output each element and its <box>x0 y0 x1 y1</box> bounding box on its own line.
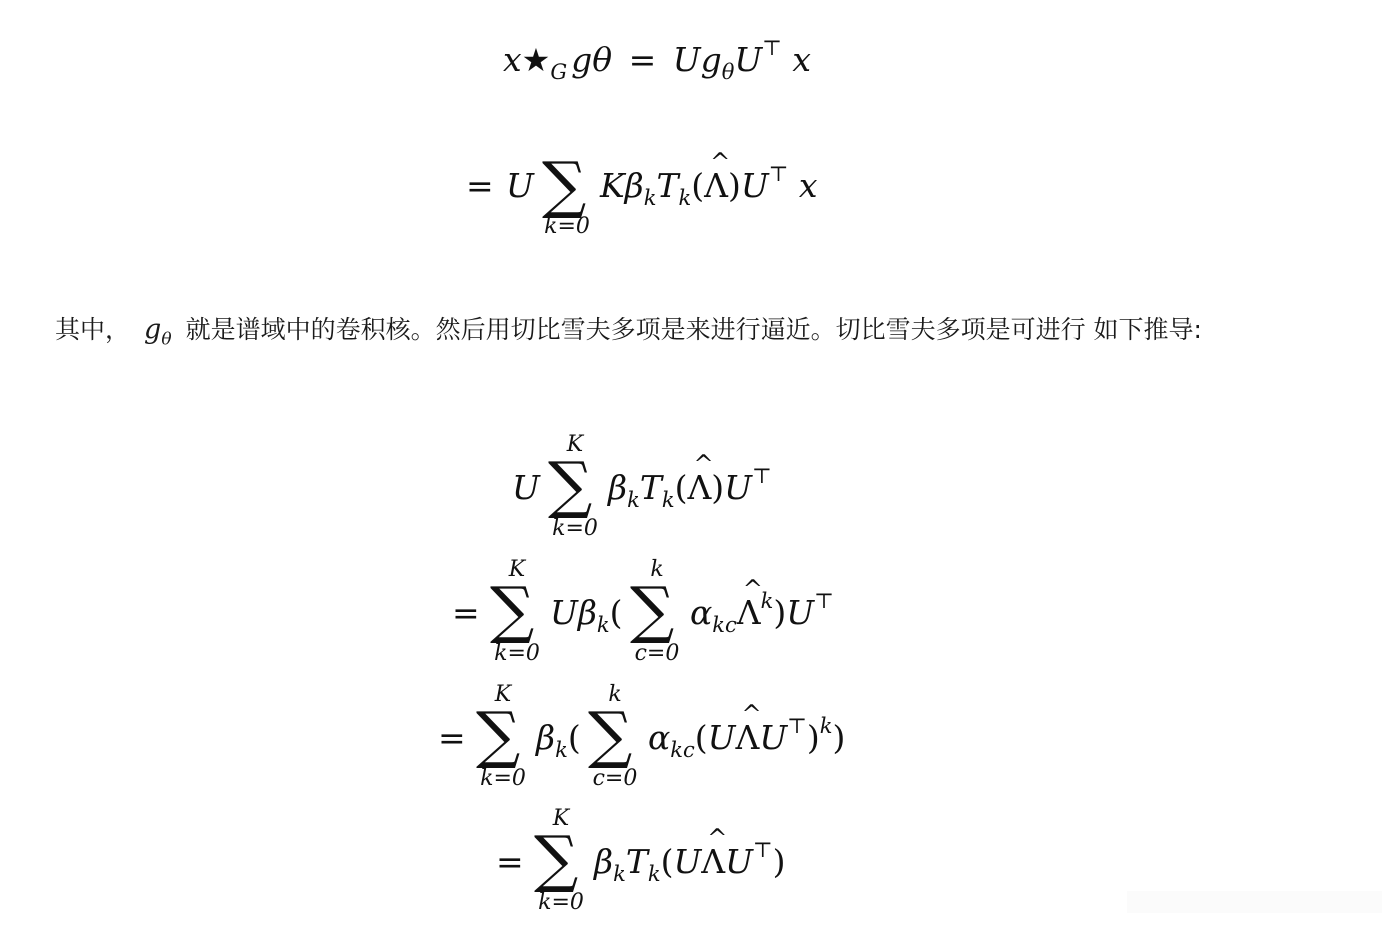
math-sub-k: k <box>613 862 626 886</box>
equation-1: x★Ggθ = UgθU⊤ x <box>503 40 811 79</box>
math-sub-k: k <box>678 186 691 210</box>
summation-icon: ∑ <box>630 579 674 641</box>
math-var-lambda-hat: Λ <box>687 468 711 507</box>
watermark-box <box>1127 891 1382 913</box>
math-sup-k: k <box>820 714 833 738</box>
summation-icon: ∑ <box>548 454 592 516</box>
math-var-g: g <box>571 40 592 79</box>
math-var-beta: β <box>578 593 597 632</box>
math-var-x: x <box>792 40 811 79</box>
paragraph-text-suffix: 就是谱域中的卷积核。然后用切比雪夫多项是来进行逼近。切比雪夫多项是可进行 如下推… <box>186 315 1202 344</box>
paren: ( <box>610 593 623 632</box>
equation-4: = K ∑ k=0 Uβk( k ∑ c=0 αkcΛk)U⊤ <box>452 557 872 672</box>
math-var-theta: θ <box>592 40 612 79</box>
math-sub-k: k <box>597 613 610 637</box>
sum-lower-limit: k=0 <box>468 766 538 791</box>
star-operator-icon: ★ <box>522 41 551 79</box>
math-var-beta: β <box>625 166 644 205</box>
paren: ) <box>833 718 846 757</box>
math-var-T: T <box>656 166 678 205</box>
math-var-U: U <box>673 40 701 79</box>
math-sub-kc: kc <box>670 738 695 762</box>
transpose-icon: ⊤ <box>787 714 807 738</box>
equation-6: = K ∑ k=0 βkTk(UΛU⊤) <box>496 806 816 921</box>
summation-icon: ∑ <box>588 704 632 766</box>
math-var-lambda-hat: Λ <box>735 718 759 757</box>
math-sub-G: G <box>550 60 567 84</box>
sum-lower-limit: k=0 <box>532 214 602 239</box>
math-sub-k: k <box>644 186 657 210</box>
math-var-beta: β <box>536 718 555 757</box>
transpose-icon: ⊤ <box>814 589 834 613</box>
transpose-icon: ⊤ <box>769 162 789 186</box>
math-var-U: U <box>734 40 762 79</box>
math-var-U: U <box>725 842 753 881</box>
math-var-U: U <box>759 718 787 757</box>
paren: ) <box>773 842 786 881</box>
math-var-beta: β <box>594 842 613 881</box>
inline-math-g-theta: gθ <box>144 314 172 345</box>
math-sub-k: k <box>555 738 568 762</box>
math-var-lambda-hat: Λ <box>701 842 725 881</box>
math-sub-theta: θ <box>161 329 171 349</box>
transpose-icon: ⊤ <box>762 36 782 60</box>
math-sub-theta: θ <box>722 60 735 84</box>
math-var-U: U <box>673 842 701 881</box>
transpose-icon: ⊤ <box>753 838 773 862</box>
math-var-U: U <box>708 718 736 757</box>
equals-sign: = <box>496 842 524 881</box>
math-var-U: U <box>724 468 752 507</box>
paragraph-text-prefix: 其中， <box>55 315 130 344</box>
math-var-x: x <box>503 40 522 79</box>
sum-lower-limit: c=0 <box>622 641 692 666</box>
math-sub-kc: kc <box>712 613 737 637</box>
math-sub-k: k <box>648 862 661 886</box>
paren: ( <box>695 718 708 757</box>
paren: ( <box>691 166 704 205</box>
math-var-lambda-hat: Λ <box>737 593 761 632</box>
equation-3: U K ∑ k=0 βkTk(Λ)U⊤ <box>512 432 812 547</box>
sum-lower-limit: k=0 <box>526 890 596 915</box>
math-var-g: g <box>701 40 722 79</box>
equals-sign: = <box>629 40 657 79</box>
sum-lower-limit: k=0 <box>482 641 552 666</box>
sum-lower-limit: c=0 <box>580 766 650 791</box>
math-var-g: g <box>144 314 161 345</box>
math-var-beta: β <box>608 468 627 507</box>
equation-5: = K ∑ k=0 βk( k ∑ c=0 αkc(UΛU⊤)k) <box>438 682 878 797</box>
math-sub-k: k <box>662 488 675 512</box>
sum-lower-limit: k=0 <box>540 516 610 541</box>
paren: ) <box>773 593 786 632</box>
paren: ( <box>661 842 674 881</box>
paren: ) <box>807 718 820 757</box>
math-var-T: T <box>626 842 648 881</box>
math-sub-k: k <box>627 488 640 512</box>
transpose-icon: ⊤ <box>752 464 772 488</box>
math-var-U: U <box>506 166 534 205</box>
math-var-T: T <box>640 468 662 507</box>
math-var-U: U <box>512 468 540 507</box>
summation-icon: ∑ <box>490 579 534 641</box>
summation-icon: ∑ <box>542 154 586 216</box>
math-var-U: U <box>741 166 769 205</box>
paren: ( <box>675 468 688 507</box>
math-var-alpha: α <box>648 718 670 757</box>
equals-sign: = <box>438 718 466 757</box>
body-paragraph: 其中，gθ就是谱域中的卷积核。然后用切比雪夫多项是来进行逼近。切比雪夫多项是可进… <box>55 308 1285 361</box>
summation-icon: ∑ <box>476 704 520 766</box>
math-var-lambda-hat: Λ <box>704 166 728 205</box>
math-var-U: U <box>550 593 578 632</box>
math-var-K: K <box>600 166 625 205</box>
equals-sign: = <box>466 166 494 205</box>
math-sup-k: k <box>761 589 774 613</box>
paren: ( <box>568 718 581 757</box>
math-var-alpha: α <box>690 593 712 632</box>
equals-sign: = <box>452 593 480 632</box>
summation-icon: ∑ <box>534 828 578 890</box>
math-var-U: U <box>786 593 814 632</box>
math-var-x: x <box>799 166 818 205</box>
